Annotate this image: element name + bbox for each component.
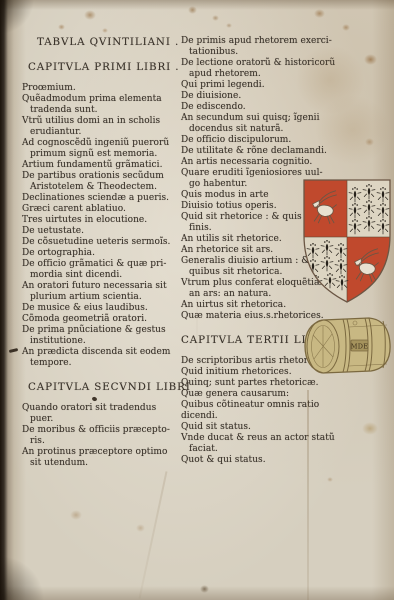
toc-line: An secundum sui quisq; ĩgenii [181,113,391,124]
stain-spot [58,24,65,30]
stain-spot [102,28,108,33]
stain-spot [314,9,325,18]
toc-line: Proœmium. [22,83,182,94]
toc-line: De uetustate. [22,226,182,237]
toc-line: dicendi. [181,411,391,422]
page-title: TABVLA QVINTILIANI . [22,36,182,49]
toc-line: tradenda sunt. [22,105,182,116]
toc-line: De moribus & officiis præcepto- [22,425,182,436]
toc-line: De ortographia. [22,248,182,259]
toc-line: De primis apud rhetorem exerci- [181,36,391,47]
toc-line: Quot & qui status. [181,455,391,466]
left-column: TABVLA QVINTILIANI .CAPITVLA PRIMI LIBRI… [22,36,182,469]
toc-line: An oratori futuro necessaria sit [22,281,182,292]
toc-line: sit utendum. [22,458,182,469]
toc-line: primum signũ est memoria. [22,149,182,160]
page-crease [139,471,168,599]
stain-spot [342,24,350,31]
toc-line: ris. [22,436,182,447]
toc-line: apud rhetorem. [181,69,391,80]
toc-line: Vnde ducat & reus an actor statũ [181,433,391,444]
stain-spot [188,6,197,14]
toc-line: tationibus. [181,47,391,58]
toc-line: De musice & eius laudibus. [22,303,182,314]
section-heading: CAPITVLA SECVNDI LIBRI [22,381,182,394]
ink-dash-mark [9,348,18,353]
toc-line: Quid sit status. [181,422,391,433]
toc-line: Quibus cõtineatur omnis ratio [181,400,391,411]
section-heading: CAPITVLA PRIMI LIBRI . [22,61,182,74]
toc-line: Vtrũ utilius domi an in scholis [22,116,182,127]
toc-line: De partibus orationis secũdum [22,171,182,182]
toc-line: plurium artium scientia. [22,292,182,303]
toc-line: Græci carent ablatiuo. [22,204,182,215]
stain-spot [327,477,333,482]
toc-line: Quẽadmodum prima elementa [22,94,182,105]
barrel-illustration: MDE [299,315,394,381]
toc-line: Declinationes sciendæ a pueris. [22,193,182,204]
toc-line: De prima pnũciatione & gestus [22,325,182,336]
toc-line: Artium fundamentũ grãmatici. [22,160,182,171]
toc-line: erudiantur. [22,127,182,138]
toc-line: An artis necessaria cognitio. [181,157,391,168]
stain-spot [136,524,145,532]
toc-line: De lectione oratorũ & historicorũ [181,58,391,69]
toc-line: De utilitate & rõne declamandi. [181,146,391,157]
toc-line: Quando oratori sit tradendus [22,403,182,414]
toc-line: puer. [22,414,182,425]
stain-spot [200,585,209,593]
toc-line: Tres uirtutes in elocutione. [22,215,182,226]
stain-spot [70,510,82,520]
toc-line: Qui primi legendi. [181,80,391,91]
toc-line: institutione. [22,336,182,347]
toc-line: docendus sit naturã. [181,124,391,135]
stain-spot [84,10,96,20]
toc-line: De diuisione. [181,91,391,102]
stain-spot [212,15,219,21]
toc-line: tempore. [22,358,182,369]
toc-line: An protinus præceptore optimo [22,447,182,458]
toc-line: Aristotelem & Theodectem. [22,182,182,193]
toc-line: De cõsuetudine ueteris sermoĩs. [22,237,182,248]
toc-line: De ediscendo. [181,102,391,113]
stain-spot [226,23,232,28]
toc-line: De officio discipulorum. [181,135,391,146]
book-page: TABVLA QVINTILIANI .CAPITVLA PRIMI LIBRI… [0,0,394,600]
toc-line: De officio grãmatici & quæ pri- [22,259,182,270]
toc-line: mordia sint dicendi. [22,270,182,281]
toc-line: Cõmoda geometriã oratori. [22,314,182,325]
toc-line: Ad cognoscẽdũ ingeniũ puerorũ [22,138,182,149]
cask-mark-text: MDE [351,343,369,351]
toc-line: Quæ genera causarum: [181,389,391,400]
toc-line: An prædicta discenda sit eodem [22,347,182,358]
toc-line: faciat. [181,444,391,455]
coat-of-arms-illustration [302,177,392,305]
